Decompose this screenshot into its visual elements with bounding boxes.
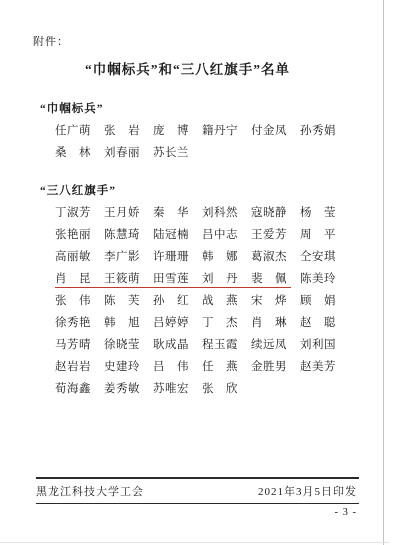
person-name: 陆冠楠 — [153, 230, 193, 242]
person-name: 许珊珊 — [153, 252, 193, 264]
person-name: 刘利国 — [300, 340, 340, 352]
name-row: 马芳晴徐晓莹耿成晶程玉霞续远凤刘利国 — [55, 340, 395, 352]
person-name: 王爱芳 — [251, 230, 291, 242]
person-name: 桑 林 — [55, 148, 95, 160]
person-name: 金胜男 — [251, 362, 291, 374]
person-name: 荀海鑫 — [55, 384, 95, 396]
person-name: 姜秀敏 — [104, 384, 144, 396]
person-name: 肖 琳 — [251, 318, 291, 330]
person-name: 张 岩 — [104, 126, 144, 138]
person-name: 陈 芙 — [104, 296, 144, 308]
person-name: 任 燕 — [202, 362, 242, 374]
name-row: 张艳丽陈慧琦陆冠楠吕中志王爱芳周 平 — [55, 230, 395, 242]
name-row: 赵岩岩史建玲吕 伟任 燕金胜男赵美芳 — [55, 362, 395, 374]
name-row: 任广萌张 岩庞 博籍丹宁付金凤孙秀娟 — [55, 126, 395, 138]
red-underline-highlight: 肖 昆王筱萌田雪莲刘 丹裴 佩 — [55, 274, 291, 289]
person-name: 续远凤 — [251, 340, 291, 352]
person-name: 寇晓静 — [251, 208, 291, 220]
person-name: 刘科然 — [202, 208, 242, 220]
footer-line: 黑龙江科技大学工会 2021年3月5日印发 — [36, 479, 359, 503]
person-name: 孙 红 — [153, 296, 193, 308]
name-row: 荀海鑫姜秀敏苏唯宏张 欣 — [55, 384, 395, 396]
person-name: 张 欣 — [202, 384, 242, 396]
print-date: 2021年3月5日印发 — [258, 483, 357, 499]
footer: 黑龙江科技大学工会 2021年3月5日印发 - 3 - — [36, 477, 359, 518]
person-name: 苏唯宏 — [153, 384, 193, 396]
name-row: 丁淑芳王月娇秦 华刘科然寇晓静杨 莹 — [55, 208, 395, 220]
person-name: 李广影 — [104, 252, 144, 264]
person-name: 宋 烨 — [251, 296, 291, 308]
person-name: 陈美玲 — [300, 274, 340, 286]
person-name: 周 平 — [300, 230, 340, 242]
name-row: 张 伟陈 芙孙 红战 燕宋 烨顾 娟 — [55, 296, 395, 308]
person-name: 高丽敏 — [55, 252, 95, 264]
person-name: 秦 华 — [153, 208, 193, 220]
name-row: 徐秀艳韩 旭吕婷婷丁 杰肖 琳赵 聪 — [55, 318, 395, 330]
person-name: 田雪莲 — [153, 274, 193, 286]
person-name: 庞 博 — [153, 126, 193, 138]
attachment-label: 附件： — [33, 33, 69, 49]
person-name: 刘 丹 — [202, 274, 242, 286]
person-name: 籍丹宁 — [202, 126, 242, 138]
person-name: 王月娇 — [104, 208, 144, 220]
person-name: 刘春丽 — [104, 148, 144, 160]
scan-edge-right — [383, 0, 384, 545]
person-name: 赵美芳 — [300, 362, 340, 374]
person-name: 赵岩岩 — [55, 362, 95, 374]
name-row: 桑 林刘春丽苏长兰 — [55, 148, 395, 160]
person-name: 裴 佩 — [251, 274, 291, 286]
person-name: 王筱萌 — [104, 274, 144, 286]
person-name: 仝安琪 — [300, 252, 340, 264]
person-name: 战 燕 — [202, 296, 242, 308]
person-name: 苏长兰 — [153, 148, 193, 160]
person-name: 史建玲 — [104, 362, 144, 374]
person-name: 杨 莹 — [300, 208, 340, 220]
person-name: 陈慧琦 — [104, 230, 144, 242]
person-name: 任广萌 — [55, 126, 95, 138]
name-row: 肖 昆王筱萌田雪莲刘 丹裴 佩陈美玲 — [55, 274, 395, 286]
name-row: 高丽敏李广影许珊珊韩 娜葛淑杰仝安琪 — [55, 252, 395, 264]
person-name: 徐晓莹 — [104, 340, 144, 352]
person-name: 张 伟 — [55, 296, 95, 308]
person-name: 吕 伟 — [153, 362, 193, 374]
person-name: 吕婷婷 — [153, 318, 193, 330]
section-heading: “三八红旗手” — [40, 182, 395, 198]
person-name: 马芳晴 — [55, 340, 95, 352]
person-name: 张艳丽 — [55, 230, 95, 242]
section-heading: “巾帼标兵” — [40, 100, 395, 116]
person-name: 肖 昆 — [55, 274, 95, 286]
award-section: “三八红旗手”丁淑芳王月娇秦 华刘科然寇晓静杨 莹张艳丽陈慧琦陆冠楠吕中志王爱芳… — [0, 182, 395, 396]
person-name: 赵 聪 — [300, 318, 340, 330]
sections-container: “巾帼标兵”任广萌张 岩庞 博籍丹宁付金凤孙秀娟桑 林刘春丽苏长兰“三八红旗手”… — [0, 100, 395, 417]
person-name: 韩 娜 — [202, 252, 242, 264]
person-name: 孙秀娟 — [300, 126, 340, 138]
page-number: - 3 - — [36, 504, 359, 518]
award-section: “巾帼标兵”任广萌张 岩庞 博籍丹宁付金凤孙秀娟桑 林刘春丽苏长兰 — [0, 100, 395, 160]
person-name: 徐秀艳 — [55, 318, 95, 330]
person-name: 丁淑芳 — [55, 208, 95, 220]
person-name: 葛淑杰 — [251, 252, 291, 264]
person-name: 丁 杰 — [202, 318, 242, 330]
person-name: 程玉霞 — [202, 340, 242, 352]
document-page: 附件： “巾帼标兵”和“三八红旗手”名单 “巾帼标兵”任广萌张 岩庞 博籍丹宁付… — [0, 0, 395, 545]
person-name: 吕中志 — [202, 230, 242, 242]
page-title: “巾帼标兵”和“三八红旗手”名单 — [0, 58, 375, 78]
person-name: 付金凤 — [251, 126, 291, 138]
person-name: 顾 娟 — [300, 296, 340, 308]
scan-edge-bottom — [0, 542, 389, 543]
person-name: 韩 旭 — [104, 318, 144, 330]
person-name: 耿成晶 — [153, 340, 193, 352]
issuer-name: 黑龙江科技大学工会 — [36, 483, 144, 499]
